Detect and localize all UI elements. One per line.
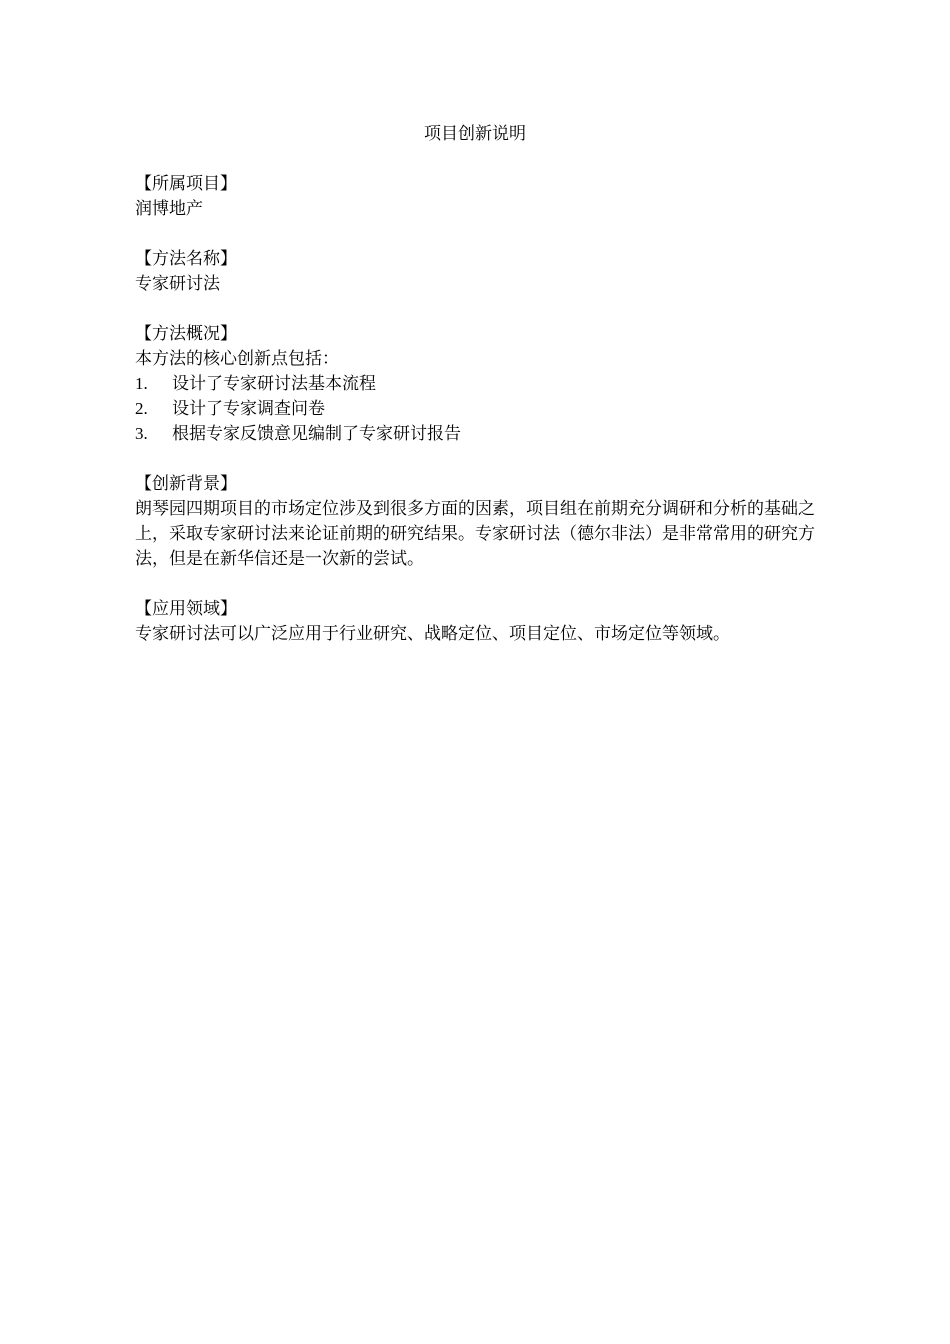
section-method-name: 【方法名称】 专家研讨法 — [135, 246, 815, 296]
spacer — [135, 571, 815, 596]
section-method-name-body: 专家研讨法 — [135, 271, 815, 296]
spacer — [135, 296, 815, 321]
spacer — [135, 446, 815, 471]
spacer — [135, 146, 815, 171]
section-background-body: 朗琴园四期项目的市场定位涉及到很多方面的因素，项目组在前期充分调研和分析的基础之… — [135, 496, 815, 571]
section-project: 【所属项目】 润博地产 — [135, 171, 815, 221]
list-item: 1. 设计了专家研讨法基本流程 — [135, 371, 815, 396]
list-item-text: 设计了专家调查问卷 — [172, 396, 815, 421]
list-item-text: 设计了专家研讨法基本流程 — [172, 371, 815, 396]
section-project-heading: 【所属项目】 — [135, 171, 815, 196]
spacer — [135, 221, 815, 246]
document-page: 项目创新说明 【所属项目】 润博地产 【方法名称】 专家研讨法 【方法概况】 本… — [0, 0, 950, 1344]
section-overview: 【方法概况】 本方法的核心创新点包括： 1. 设计了专家研讨法基本流程 2. 设… — [135, 321, 815, 446]
list-item-marker: 2. — [135, 396, 172, 421]
section-application: 【应用领域】 专家研讨法可以广泛应用于行业研究、战略定位、项目定位、市场定位等领… — [135, 596, 815, 646]
section-project-body: 润博地产 — [135, 196, 815, 221]
list-item-marker: 1. — [135, 371, 172, 396]
section-application-heading: 【应用领域】 — [135, 596, 815, 621]
list-item-text: 根据专家反馈意见编制了专家研讨报告 — [172, 421, 815, 446]
section-method-name-heading: 【方法名称】 — [135, 246, 815, 271]
list-item: 2. 设计了专家调查问卷 — [135, 396, 815, 421]
document-title: 项目创新说明 — [135, 121, 815, 146]
section-overview-heading: 【方法概况】 — [135, 321, 815, 346]
section-application-body: 专家研讨法可以广泛应用于行业研究、战略定位、项目定位、市场定位等领域。 — [135, 621, 815, 646]
list-item: 3. 根据专家反馈意见编制了专家研讨报告 — [135, 421, 815, 446]
section-background-heading: 【创新背景】 — [135, 471, 815, 496]
section-background: 【创新背景】 朗琴园四期项目的市场定位涉及到很多方面的因素，项目组在前期充分调研… — [135, 471, 815, 571]
list-item-marker: 3. — [135, 421, 172, 446]
section-overview-intro: 本方法的核心创新点包括： — [135, 346, 815, 371]
